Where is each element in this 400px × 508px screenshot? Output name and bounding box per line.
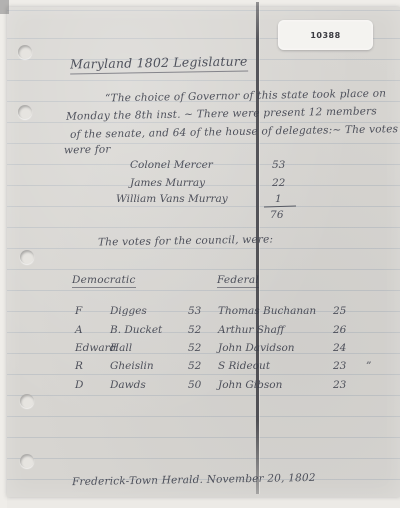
ditto-mark: ” [366,360,371,372]
council-row: D Dawds 50 John Gibson 23 [0,379,400,395]
council-row: A B. Ducket 52 Arthur Shaff 26 [0,324,400,340]
vote-total: 76 [270,209,284,221]
doc-title: Maryland 1802 Legislature [70,53,248,71]
fed-votes: 24 [333,342,346,354]
vote-name: William Vans Murray [116,193,228,205]
scanned-document-page: { "label": { "number": "10388" }, "doc":… [0,0,400,508]
governor-vote-row: James Murray 22 [0,177,400,193]
fed-votes: 26 [333,324,346,336]
fed-votes: 23 [333,360,346,372]
council-row: F Digges 53 Thomas Buchanan 25 [0,305,400,321]
notebook-paper [7,7,400,497]
punch-hole [18,105,32,119]
dem-surname: Digges [110,305,147,317]
punch-hole [18,45,32,59]
dem-initial: D [75,379,83,391]
catalog-label: 10388 [278,20,373,50]
punch-hole [20,454,34,468]
dem-votes: 52 [188,324,201,336]
fed-name: Arthur Shaff [218,324,284,336]
council-row: R Gheislin 52 S Rideout 23 ” [0,360,400,376]
fed-votes: 23 [333,379,346,391]
council-row: Edward Hall 52 John Davidson 24 [0,342,400,358]
dem-surname: Hall [110,342,132,354]
dem-votes: 50 [188,379,201,391]
governor-vote-row: William Vans Murray 1 [0,193,400,209]
governor-vote-row: Colonel Mercer 53 [0,159,400,175]
dem-surname: B. Ducket [110,324,162,336]
scan-background-top [0,0,400,7]
dem-initial: A [75,324,83,336]
council-dem-header: Democratic [72,274,136,286]
punch-hole [20,394,34,408]
vote-count: 1 [275,193,282,205]
dem-votes: 52 [188,342,201,354]
fed-votes: 25 [333,305,346,317]
scan-corner-shadow [0,0,9,14]
dem-votes: 52 [188,360,201,372]
fed-name: John Gibson [218,379,282,391]
vote-name: Colonel Mercer [130,159,213,171]
dem-initial: R [75,360,83,372]
fed-name: S Rideout [218,360,270,372]
fed-name: Thomas Buchanan [218,305,316,317]
council-fed-header: Federal [217,274,259,286]
dem-votes: 53 [188,305,201,317]
scan-background-left [0,0,7,508]
dem-initial: F [75,305,82,317]
catalog-number: 10388 [310,31,340,40]
dem-surname: Dawds [110,379,146,391]
vote-count: 53 [272,159,285,171]
paragraph-line-4: were for [64,144,111,157]
dem-surname: Gheislin [110,360,154,372]
vote-name: James Murray [130,177,205,189]
fed-name: John Davidson [218,342,295,354]
punch-hole [20,250,34,264]
vote-count: 22 [272,177,285,189]
page-crease [256,2,259,494]
